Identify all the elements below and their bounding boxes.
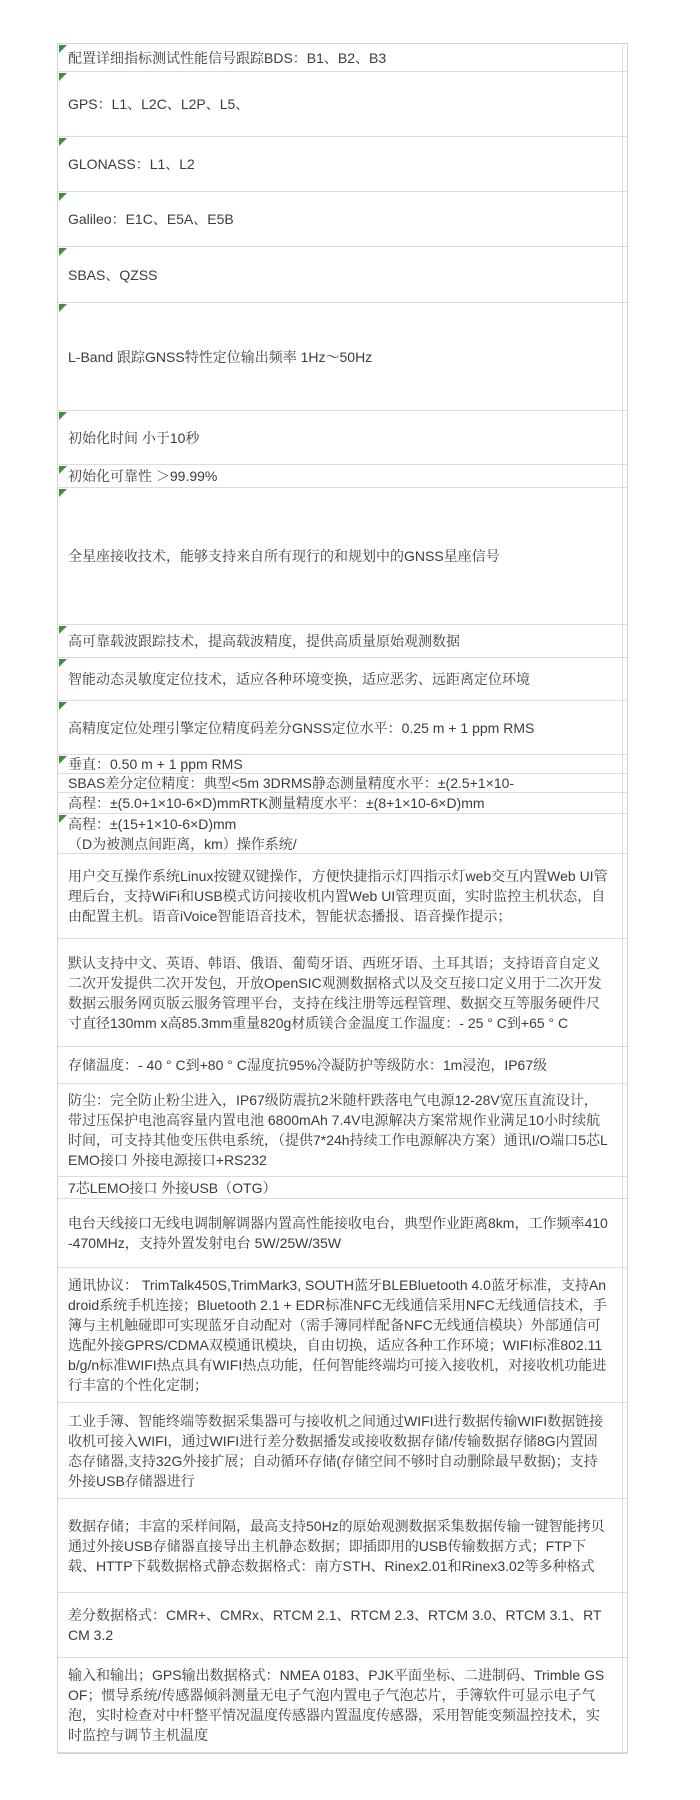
cell-text: 用户交互操作系统Linux按键双键操作，方便快捷指示灯四指示灯web交互内置We…: [68, 866, 611, 926]
cell-text: L-Band 跟踪GNSS特性定位输出频率 1Hz～50Hz: [68, 347, 611, 367]
cell-text: 电台天线接口无线电调制解调器内置高性能接收电台，典型作业距离8km，工作频率41…: [68, 1213, 611, 1253]
table-row[interactable]: Galileo：E1C、E5A、E5B: [58, 192, 627, 247]
cell-text: GLONASS：L1、L2: [68, 154, 611, 174]
cell-text: 防尘：完全防止粉尘进入，IP67级防震抗2米随杆跌落电气电源12-28V宽压直流…: [68, 1090, 611, 1170]
table-outer-gridline: [622, 44, 623, 1753]
table-row[interactable]: 工业手簿、智能终端等数据采集器可与接收机之间通过WIFI进行数据传输WIFI数据…: [58, 1403, 627, 1499]
cell-text: 高精度定位处理引擎定位精度码差分GNSS定位水平：0.25 m + 1 ppm …: [68, 718, 611, 738]
cell-marker-icon: [59, 659, 67, 667]
table-row[interactable]: 防尘：完全防止粉尘进入，IP67级防震抗2米随杆跌落电气电源12-28V宽压直流…: [58, 1084, 627, 1177]
cell-marker-icon: [59, 466, 67, 474]
cell-text: 高程：±(15+1×10-6×D)mm （D为被测点间距离，km）操作系统/: [68, 814, 611, 854]
table-row[interactable]: 存储温度：- 40 ° C到+80 ° C湿度抗95%冷凝防护等级防水：1m浸泡…: [58, 1047, 627, 1084]
table-row[interactable]: 7芯LEMO接口 外接USB（OTG）: [58, 1177, 627, 1199]
cell-marker-icon: [59, 489, 67, 497]
cell-text: 存储温度：- 40 ° C到+80 ° C湿度抗95%冷凝防护等级防水：1m浸泡…: [68, 1055, 611, 1075]
table-row[interactable]: 全星座接收技术，能够支持来自所有现行的和规划中的GNSS星座信号: [58, 488, 627, 625]
cell-marker-icon: [59, 815, 67, 823]
table-row[interactable]: 高可靠载波跟踪技术，提高载波精度，提供高质量原始观测数据: [58, 625, 627, 658]
table-row[interactable]: 高精度定位处理引擎定位精度码差分GNSS定位水平：0.25 m + 1 ppm …: [58, 701, 627, 755]
cell-text: GPS：L1、L2C、L2P、L5、: [68, 94, 611, 114]
cell-text: 输入和输出；GPS输出数据格式：NMEA 0183、PJK平面坐标、二进制码、T…: [68, 1665, 611, 1745]
table-row[interactable]: 智能动态灵敏度定位技术，适应各种环境变换，适应恶劣、远距离定位环境: [58, 658, 627, 701]
cell-text: 配置详细指标测试性能信号跟踪BDS：B1、B2、B3: [68, 48, 611, 68]
table-row[interactable]: SBAS、QZSS: [58, 247, 627, 303]
cell-text: 差分数据格式：CMR+、CMRx、RTCM 2.1、RTCM 2.3、RTCM …: [68, 1605, 611, 1645]
table-row[interactable]: 差分数据格式：CMR+、CMRx、RTCM 2.1、RTCM 2.3、RTCM …: [58, 1593, 627, 1658]
table-row[interactable]: GPS：L1、L2C、L2P、L5、: [58, 72, 627, 137]
table-row[interactable]: 输入和输出；GPS输出数据格式：NMEA 0183、PJK平面坐标、二进制码、T…: [58, 1658, 627, 1753]
cell-marker-icon: [59, 193, 67, 201]
cell-text: 默认支持中文、英语、韩语、俄语、葡萄牙语、西班牙语、土耳其语；支持语音自定义二次…: [68, 953, 611, 1033]
cell-text: SBAS差分定位精度：典型<5m 3DRMS静态测量精度水平：±(2.5+1×1…: [68, 774, 611, 793]
table-row[interactable]: 配置详细指标测试性能信号跟踪BDS：B1、B2、B3: [58, 44, 627, 72]
cell-text: 初始化时间 小于10秒: [68, 428, 611, 448]
table-row[interactable]: L-Band 跟踪GNSS特性定位输出频率 1Hz～50Hz: [58, 303, 627, 411]
cell-marker-icon: [59, 412, 67, 420]
cell-marker-icon: [59, 304, 67, 312]
cell-marker-icon: [59, 248, 67, 256]
cell-marker-icon: [59, 626, 67, 634]
spec-table: 配置详细指标测试性能信号跟踪BDS：B1、B2、B3 GPS：L1、L2C、L2…: [57, 43, 628, 1754]
table-row[interactable]: 数据存储；丰富的采样间隔，最高支持50Hz的原始观测数据采集数据传输一键智能拷贝…: [58, 1499, 627, 1593]
cell-marker-icon: [59, 45, 67, 53]
table-row[interactable]: 初始化可靠性 ＞99.99%: [58, 465, 627, 488]
cell-marker-icon: [59, 756, 67, 764]
table-row[interactable]: 用户交互操作系统Linux按键双键操作，方便快捷指示灯四指示灯web交互内置We…: [58, 854, 627, 939]
table-row[interactable]: SBAS差分定位精度：典型<5m 3DRMS静态测量精度水平：±(2.5+1×1…: [58, 774, 627, 793]
cell-text: 数据存储；丰富的采样间隔，最高支持50Hz的原始观测数据采集数据传输一键智能拷贝…: [68, 1516, 611, 1576]
cell-text: 智能动态灵敏度定位技术，适应各种环境变换，适应恶劣、远距离定位环境: [68, 669, 611, 689]
table-row[interactable]: GLONASS：L1、L2: [58, 137, 627, 192]
table-row[interactable]: 高程：±(15+1×10-6×D)mm （D为被测点间距离，km）操作系统/: [58, 814, 627, 854]
table-row[interactable]: 默认支持中文、英语、韩语、俄语、葡萄牙语、西班牙语、土耳其语；支持语音自定义二次…: [58, 939, 627, 1047]
cell-text: 通讯协议： TrimTalk450S,TrimMark3, SOUTH蓝牙BLE…: [68, 1275, 611, 1395]
cell-marker-icon: [59, 138, 67, 146]
cell-text: 工业手簿、智能终端等数据采集器可与接收机之间通过WIFI进行数据传输WIFI数据…: [68, 1411, 611, 1491]
table-row[interactable]: 垂直：0.50 m + 1 ppm RMS: [58, 755, 627, 774]
cell-marker-icon: [59, 702, 67, 710]
cell-text: SBAS、QZSS: [68, 265, 611, 285]
table-row[interactable]: 电台天线接口无线电调制解调器内置高性能接收电台，典型作业距离8km，工作频率41…: [58, 1199, 627, 1268]
cell-text: Galileo：E1C、E5A、E5B: [68, 209, 611, 229]
cell-marker-icon: [59, 73, 67, 81]
table-row[interactable]: 高程：±(5.0+1×10-6×D)mmRTK测量精度水平：±(8+1×10-6…: [58, 793, 627, 814]
cell-text: 高可靠载波跟踪技术，提高载波精度，提供高质量原始观测数据: [68, 631, 611, 651]
cell-text: 全星座接收技术，能够支持来自所有现行的和规划中的GNSS星座信号: [68, 546, 611, 566]
table-row[interactable]: 初始化时间 小于10秒: [58, 411, 627, 465]
cell-text: 垂直：0.50 m + 1 ppm RMS: [68, 755, 611, 774]
cell-text: 初始化可靠性 ＞99.99%: [68, 466, 611, 486]
cell-text: 7芯LEMO接口 外接USB（OTG）: [68, 1178, 611, 1198]
cell-text: 高程：±(5.0+1×10-6×D)mmRTK测量精度水平：±(8+1×10-6…: [68, 793, 611, 813]
table-row[interactable]: 通讯协议： TrimTalk450S,TrimMark3, SOUTH蓝牙BLE…: [58, 1268, 627, 1403]
